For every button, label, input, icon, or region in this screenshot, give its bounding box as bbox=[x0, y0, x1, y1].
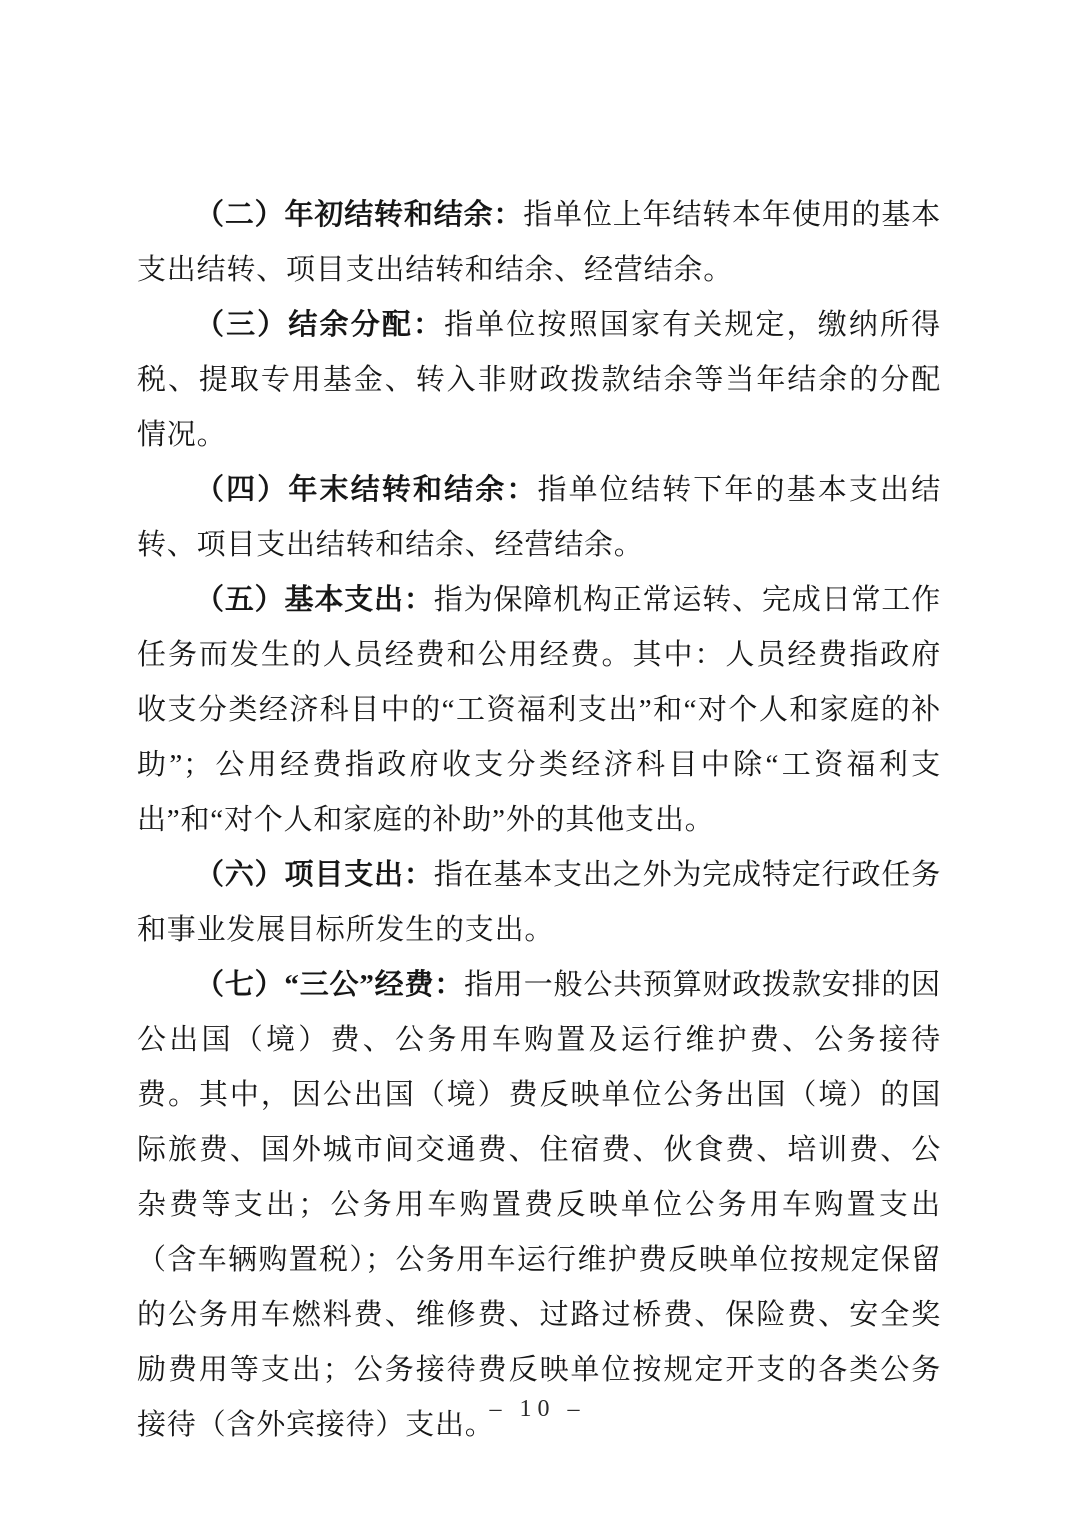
paragraph-carryover-beginning-year: （二）年初结转和结余：指单位上年结转本年使用的基本支出结转、项目支出结转和结余、… bbox=[137, 188, 941, 298]
term-definition: 指为保障机构正常运转、完成日常工作任务而发生的人员经费和公用经费。其中：人员经费… bbox=[137, 584, 941, 836]
term-label: （五）基本支出： bbox=[195, 584, 434, 616]
term-definition: 指用一般公共预算财政拨款安排的因公出国（境）费、公务用车购置及运行维护费、公务接… bbox=[137, 969, 941, 1441]
document-body: （二）年初结转和结余：指单位上年结转本年使用的基本支出结转、项目支出结转和结余、… bbox=[137, 188, 941, 1453]
paragraph-three-public-funds: （七）“三公”经费：指用一般公共预算财政拨款安排的因公出国（境）费、公务用车购置… bbox=[137, 958, 941, 1453]
paragraph-carryover-year-end: （四）年末结转和结余：指单位结转下年的基本支出结转、项目支出结转和结余、经营结余… bbox=[137, 463, 941, 573]
term-label: （六）项目支出： bbox=[195, 859, 434, 891]
page-footer: – 10 – bbox=[0, 1396, 1075, 1423]
paragraph-project-expenditure: （六）项目支出：指在基本支出之外为完成特定行政任务和事业发展目标所发生的支出。 bbox=[137, 848, 941, 958]
term-label: （七）“三公”经费： bbox=[195, 969, 464, 1001]
term-label: （四）年末结转和结余： bbox=[195, 474, 538, 506]
page-number: – 10 – bbox=[490, 1396, 586, 1422]
paragraph-surplus-distribution: （三）结余分配：指单位按照国家有关规定，缴纳所得税、提取专用基金、转入非财政拨款… bbox=[137, 298, 941, 463]
document-page: { "page": { "footer": { "page_number_lab… bbox=[0, 0, 1075, 1520]
term-label: （二）年初结转和结余： bbox=[195, 199, 523, 231]
term-label: （三）结余分配： bbox=[195, 309, 444, 341]
paragraph-basic-expenditure: （五）基本支出：指为保障机构正常运转、完成日常工作任务而发生的人员经费和公用经费… bbox=[137, 573, 941, 848]
